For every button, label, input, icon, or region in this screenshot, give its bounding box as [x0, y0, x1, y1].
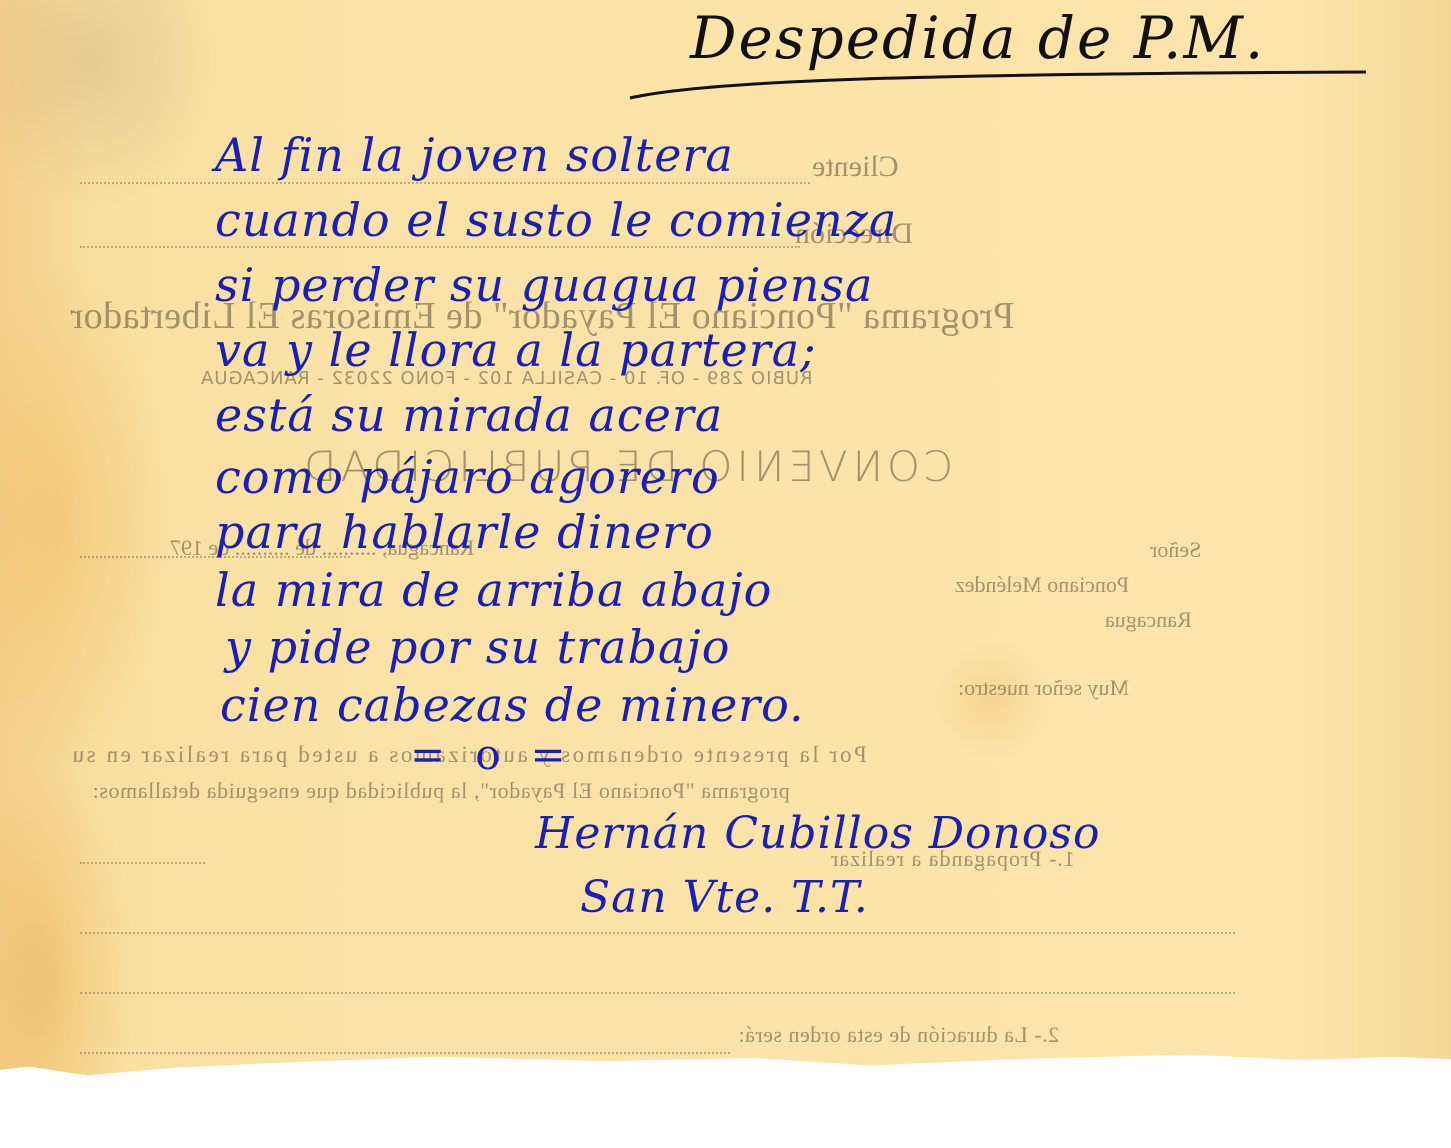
form-recipient-1: Señor — [1150, 537, 1201, 563]
form-line-item-2 — [80, 1052, 730, 1054]
poem-line: va y le llora a la partera; — [215, 323, 817, 377]
poem-line: está su mirada acera — [215, 388, 723, 442]
poem-line: y pide por su trabajo — [225, 620, 730, 674]
signature-name: Hernán Cubillos Donoso — [535, 808, 1100, 859]
form-line-cliente — [80, 182, 810, 184]
poem-line: como pájaro agorero — [215, 450, 720, 504]
form-line-item-1 — [80, 862, 205, 864]
poem-line: la mira de arriba abajo — [215, 563, 772, 617]
title-underline — [628, 68, 1368, 102]
form-line-item-1b — [80, 932, 1235, 934]
signature-place: San Vte. T.T. — [580, 872, 869, 923]
poem-separator: =o= — [410, 730, 596, 779]
poem-line: Al fin la joven soltera — [215, 128, 734, 182]
poem-line: cien cabezas de minero. — [220, 678, 805, 732]
form-recipient-3: Rancagua — [1105, 607, 1192, 633]
form-label-cliente: Cliente — [812, 150, 899, 184]
form-recipient-2: Ponciano Meléndez — [955, 572, 1129, 598]
poem-line: cuando el susto le comienza — [215, 193, 897, 247]
form-body-2: programa "Ponciano El Payador", la publi… — [92, 778, 790, 804]
poem-line: para hablarle dinero — [215, 505, 714, 559]
form-line-item-1c — [80, 992, 1235, 994]
form-salutation: Muy señor nuestro: — [958, 675, 1129, 701]
form-item-2: 2.- La duración de esta orden será: — [738, 1022, 1059, 1048]
poem-line: si perder su guagua piensa — [215, 258, 873, 312]
handwritten-title: Despedida de P.M. — [690, 4, 1265, 72]
